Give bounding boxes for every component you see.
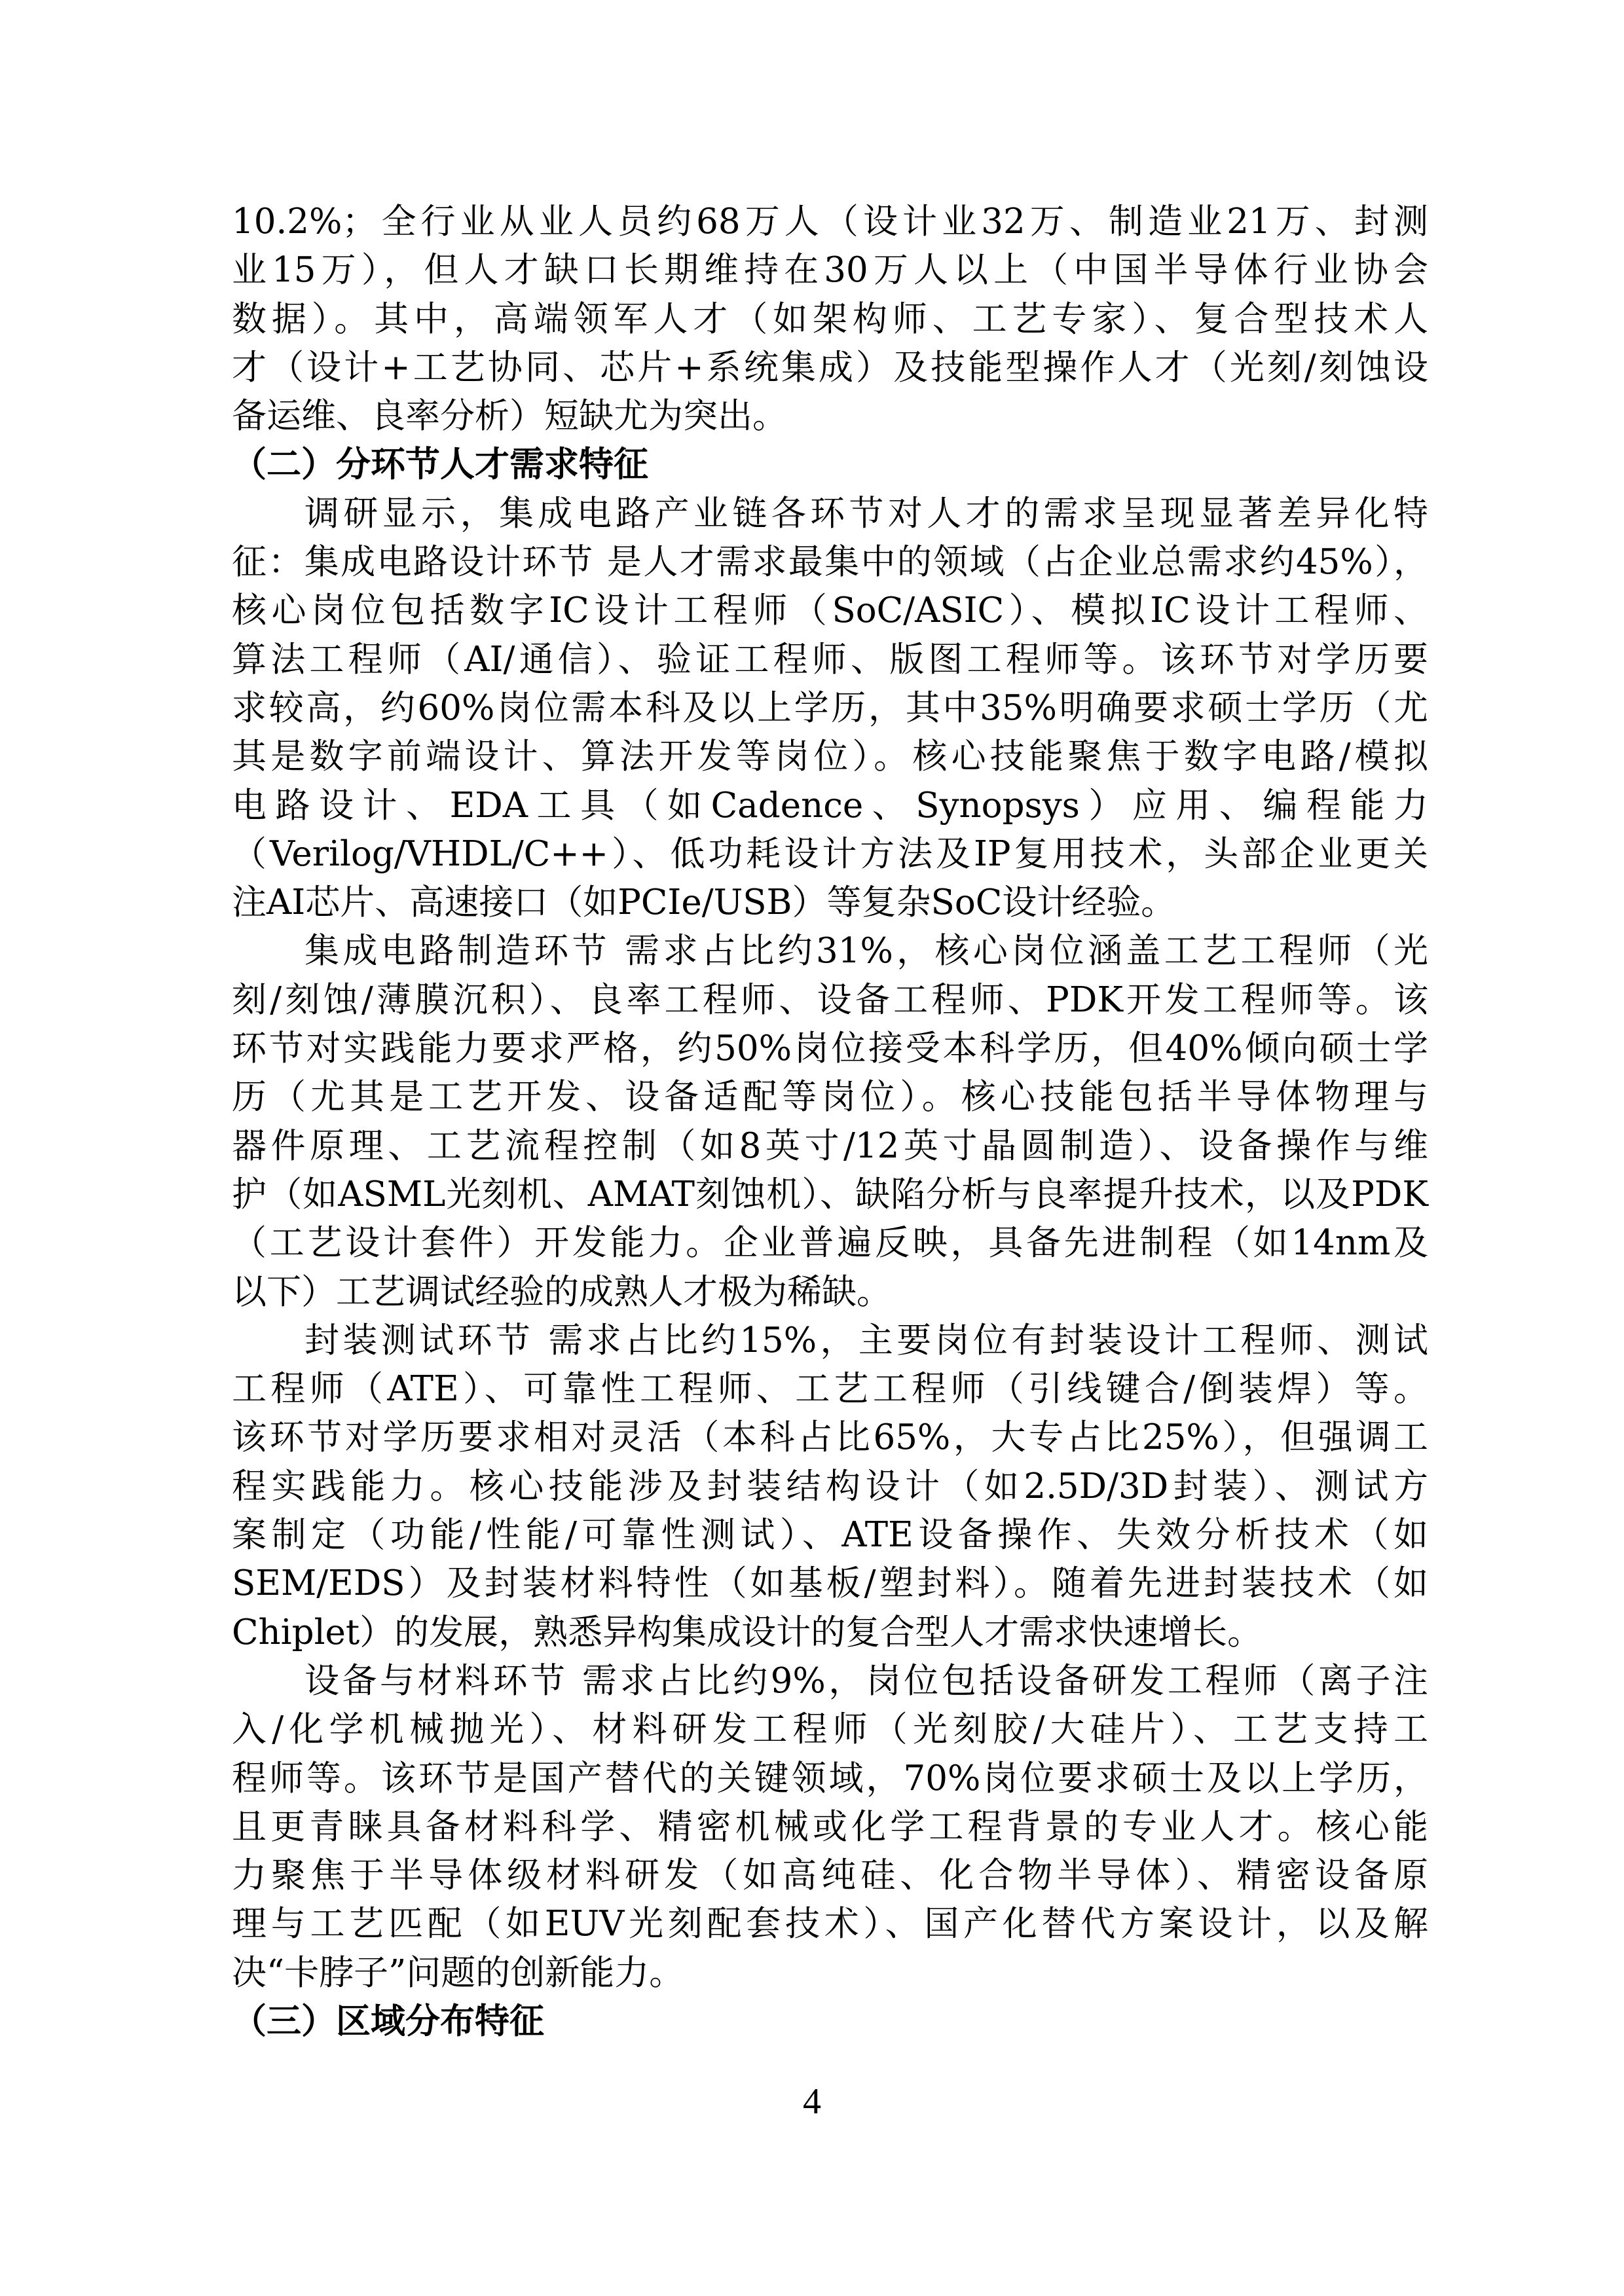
text-line: 算法工程师（AI/通信）、验证工程师、版图工程师等。该环节对学历要 — [232, 636, 1428, 684]
document-page: 10.2%；全行业从业人员约68万人（设计业32万、制造业21万、封测 业15万… — [232, 198, 1428, 2046]
section-heading-3: （三）区域分布特征 — [232, 1997, 1428, 2046]
text-line: 求较高，约60%岗位需本科及以上学历，其中35%明确要求硕士学历（尤 — [232, 684, 1428, 733]
text-line: 且更青睐具备材料科学、精密机械或化学工程背景的专业人才。核心能 — [232, 1803, 1428, 1851]
page-number: 4 — [0, 2081, 1624, 2123]
paragraph-manufacturing-segment: 集成电路制造环节 需求占比约31%，核心岗位涵盖工艺工程师（光 刻/刻蚀/薄膜沉… — [232, 927, 1428, 1316]
text-line: 征：集成电路设计环节 是人才需求最集中的领域（占企业总需求约45%）， — [232, 538, 1428, 587]
paragraph-talent-overview: 10.2%；全行业从业人员约68万人（设计业32万、制造业21万、封测 业15万… — [232, 198, 1428, 441]
text-line: 力聚焦于半导体级材料研发（如高纯硅、化合物半导体）、精密设备原 — [232, 1851, 1428, 1900]
text-line: 集成电路制造环节 需求占比约31%，核心岗位涵盖工艺工程师（光 — [232, 927, 1428, 975]
text-line: 该环节对学历要求相对灵活（本科占比65%，大专占比25%），但强调工 — [232, 1413, 1428, 1462]
text-line: 程实践能力。核心技能涉及封装结构设计（如2.5D/3D封装）、测试方 — [232, 1463, 1428, 1511]
text-line: 备运维、良率分析）短缺尤为突出。 — [232, 392, 1428, 441]
text-line: 器件原理、工艺流程控制（如8英寸/12英寸晶圆制造）、设备操作与维 — [232, 1122, 1428, 1171]
paragraph-equipment-materials-segment: 设备与材料环节 需求占比约9%，岗位包括设备研发工程师（离子注 入/化学机械抛光… — [232, 1657, 1428, 1997]
text-line: 工程师（ATE）、可靠性工程师、工艺工程师（引线键合/倒装焊）等。 — [232, 1365, 1428, 1413]
text-line: 业15万），但人才缺口长期维持在30万人以上（中国半导体行业协会 — [232, 246, 1428, 295]
text-line: 以下）工艺调试经验的成熟人才极为稀缺。 — [232, 1268, 1428, 1317]
text-line: 理与工艺匹配（如EUV光刻配套技术）、国产化替代方案设计，以及解 — [232, 1900, 1428, 1948]
paragraph-packaging-testing-segment: 封装测试环节 需求占比约15%，主要岗位有封装设计工程师、测试 工程师（ATE）… — [232, 1317, 1428, 1657]
text-line: Chiplet）的发展，熟悉异构集成设计的复合型人才需求快速增长。 — [232, 1609, 1428, 1657]
text-line: 护（如ASML光刻机、AMAT刻蚀机）、缺陷分析与良率提升技术，以及PDK — [232, 1171, 1428, 1219]
text-line: 入/化学机械抛光）、材料研发工程师（光刻胶/大硅片）、工艺支持工 — [232, 1705, 1428, 1754]
text-line: 刻/刻蚀/薄膜沉积）、良率工程师、设备工程师、PDK开发工程师等。该 — [232, 976, 1428, 1025]
text-line: 10.2%；全行业从业人员约68万人（设计业32万、制造业21万、封测 — [232, 198, 1428, 246]
text-line: （工艺设计套件）开发能力。企业普遍反映，具备先进制程（如14nm及 — [232, 1219, 1428, 1267]
text-line: （Verilog/VHDL/C++）、低功耗设计方法及IP复用技术，头部企业更关 — [232, 830, 1428, 879]
text-line: 电路设计、EDA工具（如Cadence、Synopsys）应用、编程能力 — [232, 782, 1428, 830]
text-line: 才（设计+工艺协同、芯片+系统集成）及技能型操作人才（光刻/刻蚀设 — [232, 344, 1428, 392]
section-heading-2: （二）分环节人才需求特征 — [232, 441, 1428, 489]
text-line: 封装测试环节 需求占比约15%，主要岗位有封装设计工程师、测试 — [232, 1317, 1428, 1365]
text-line: 环节对实践能力要求严格，约50%岗位接受本科学历，但40%倾向硕士学 — [232, 1025, 1428, 1073]
text-line: 案制定（功能/性能/可靠性测试）、ATE设备操作、失效分析技术（如 — [232, 1511, 1428, 1559]
text-line: 决“卡脖子”问题的创新能力。 — [232, 1949, 1428, 1997]
text-line: 核心岗位包括数字IC设计工程师（SoC/ASIC）、模拟IC设计工程师、 — [232, 587, 1428, 635]
text-line: SEM/EDS）及封装材料特性（如基板/塑封料）。随着先进封装技术（如 — [232, 1559, 1428, 1608]
paragraph-design-segment: 调研显示，集成电路产业链各环节对人才的需求呈现显著差异化特 征：集成电路设计环节… — [232, 490, 1428, 928]
text-line: 设备与材料环节 需求占比约9%，岗位包括设备研发工程师（离子注 — [232, 1657, 1428, 1705]
text-line: 历（尤其是工艺开发、设备适配等岗位）。核心技能包括半导体物理与 — [232, 1073, 1428, 1121]
text-line: 调研显示，集成电路产业链各环节对人才的需求呈现显著差异化特 — [232, 490, 1428, 538]
text-line: 数据）。其中，高端领军人才（如架构师、工艺专家）、复合型技术人 — [232, 295, 1428, 344]
text-line: 其是数字前端设计、算法开发等岗位）。核心技能聚焦于数字电路/模拟 — [232, 733, 1428, 781]
text-line: 注AI芯片、高速接口（如PCIe/USB）等复杂SoC设计经验。 — [232, 879, 1428, 927]
text-line: 程师等。该环节是国产替代的关键领域，70%岗位要求硕士及以上学历， — [232, 1755, 1428, 1803]
